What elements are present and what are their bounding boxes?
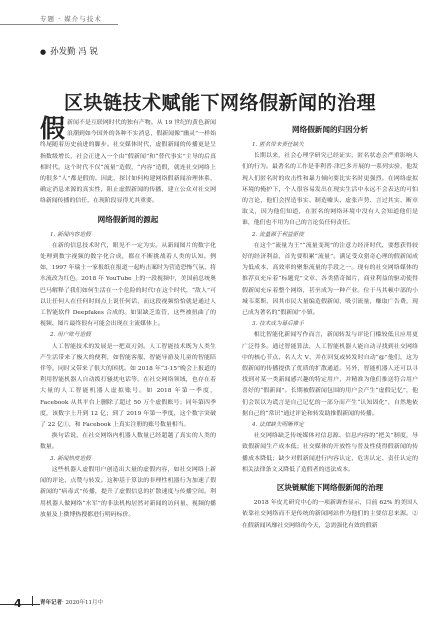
section-tag: 专题 · 媒介与技术 (40, 14, 102, 23)
header-rule (0, 24, 118, 25)
paragraph: 长期以来，社会心理学研究已经证实，匿名状态会严重影响人们的行为。最著名的工作是菲… (242, 151, 418, 229)
subheading: 1. 新闻内容造假 (40, 230, 216, 241)
paragraph: 换句话说，在社交网络内机器人数量已经超越了真实的人类的数量。 (40, 431, 216, 453)
paragraph: 人工智能技术的发展是一把双刃剑。人工智能技术既为人类生产生活带来了极大的便利，如… (40, 342, 216, 432)
subheading: 3. 新闻热度造假 (40, 454, 216, 465)
paragraph: 社交网络缺乏传统媒体对信息源、信息内容的“把关”制度，导致假新闻生产成本低；社交… (242, 431, 418, 476)
right-column: 网络假新闻的归因分析 1. 匿名带来责任缺失 长期以来，社会心理学研究已经证实，… (242, 124, 418, 532)
author-names: 孙发勤 冯 锐 (50, 47, 98, 57)
footer-divider (32, 596, 33, 606)
section-heading-origin: 网络假新闻的源起 (40, 214, 216, 226)
bullet-icon: ● (40, 48, 46, 56)
paragraph: 相比智能化新闻写作而言，新闻转发与评论门槛较低且应用更广泛得多。通过智能算法，人… (242, 330, 418, 420)
dropcap: 假 (40, 118, 65, 140)
subheading: 1. 匿名带来责任缺失 (242, 140, 418, 151)
paragraph: 2018 年皮尤研究中心的一项新调查显示，目前 62% 的美国人依靠社交网络而不… (242, 498, 418, 532)
section-heading-governance: 区块链赋能下网络假新闻的治理 (242, 482, 418, 494)
paragraph: 在这个“流量为王”“流量变现”的注意力经济时代，要想获得较好的经济利益，首先要积… (242, 241, 418, 319)
section-heading-causes: 网络假新闻的归因分析 (242, 124, 418, 136)
journal-info: 青年记者· 2020年11月中 (40, 598, 103, 606)
subheading: 2. 流量源于利益驱使 (242, 230, 418, 241)
authors: ●孙发勤 冯 锐 (40, 45, 98, 57)
subheading: 2. 用户账号造假 (40, 330, 216, 341)
intro-paragraph: 假新闻不是互联网时代的独有产物。从 19 世纪的黄色新闻浪潮到如今国外的各种不实… (40, 118, 216, 208)
subheading: 4. 法律缺失明晰界定 (242, 420, 418, 431)
paragraph: 这些机器人虚假用户创造出大量的虚假内容，如社交网络上新闻的评论、点赞与转发。这种… (40, 465, 216, 521)
article-title: 区块链技术赋能下网络假新闻的治理 (0, 88, 440, 115)
paragraph: 在新的信息技术时代，眼见不一定为实。从新闻图片的数字化处理到数字视频的数字化合成… (40, 241, 216, 331)
subheading: 3. 技术成为幕后推手 (242, 319, 418, 330)
left-column: 假新闻不是互联网时代的独有产物。从 19 世纪的黄色新闻浪潮到如今国外的各种不实… (40, 118, 216, 521)
page-number: 4 (14, 597, 22, 610)
